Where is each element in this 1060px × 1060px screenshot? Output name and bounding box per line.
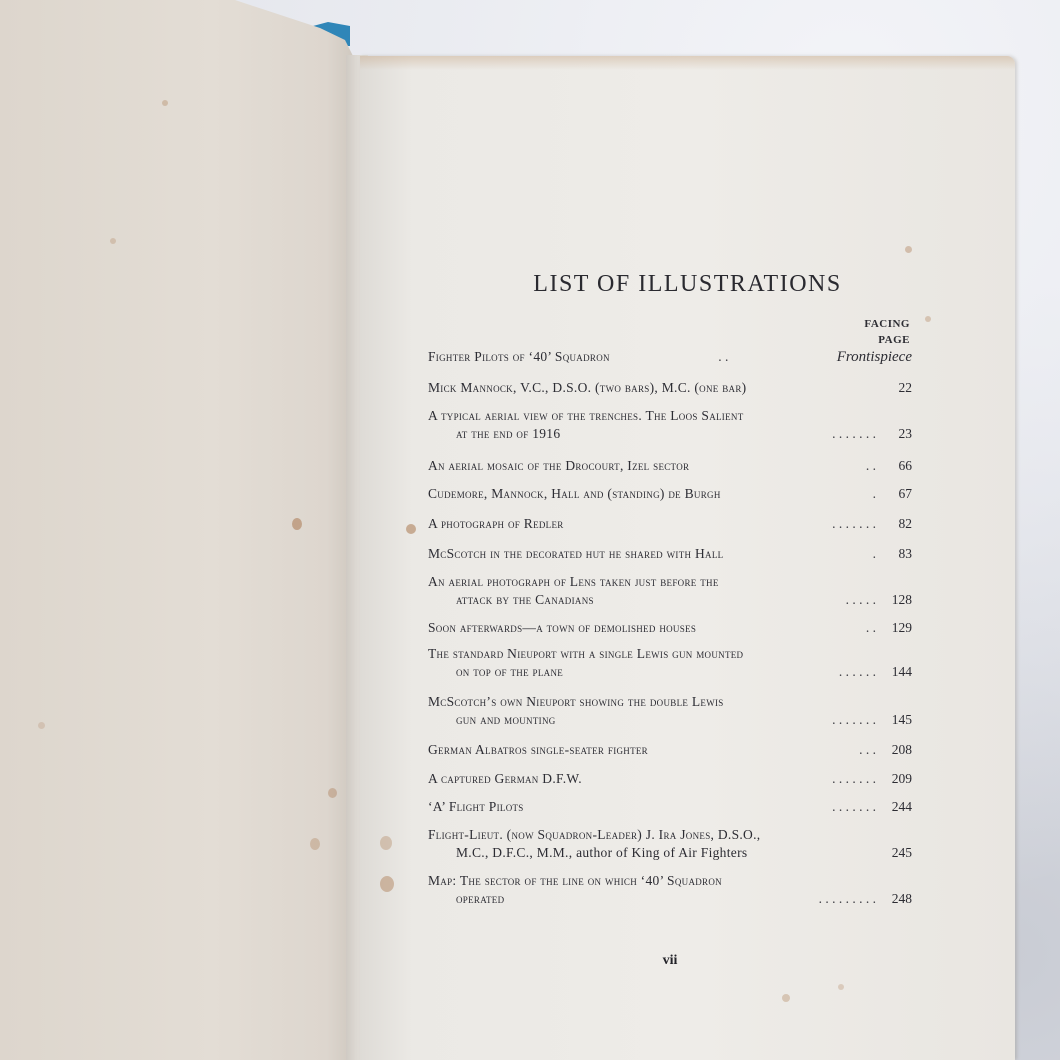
- foxing-spot: [905, 246, 912, 253]
- foxing-spot: [310, 838, 320, 850]
- list-item: Fighter Pilots of ‘40’ Squadron. .Fronti…: [428, 348, 912, 373]
- list-item: A typical aerial view of the trenches. T…: [428, 407, 912, 453]
- facing-page-header: FACING PAGE: [820, 316, 910, 348]
- leader-dots: . . . . . .: [563, 663, 882, 681]
- leader-dots: . . . . . . .: [556, 711, 882, 729]
- list-item: The standard Nieuport with a single Lewi…: [428, 645, 912, 693]
- page-label: PAGE: [820, 332, 910, 348]
- entry-page: 208: [882, 741, 912, 759]
- list-item: Soon afterwards—a town of demolished hou…: [428, 619, 912, 645]
- entry-title: A typical aerial view of the trenches. T…: [428, 407, 744, 425]
- entry-title: ‘A’ Flight Pilots: [428, 798, 524, 816]
- foxing-spot: [380, 836, 392, 850]
- entry-page: 248: [882, 890, 912, 908]
- foxing-spot: [406, 524, 416, 534]
- entry-title: A captured German D.F.W.: [428, 770, 582, 788]
- entry-title-continued: on top of the plane: [456, 663, 563, 681]
- entry-page: 82: [882, 515, 912, 533]
- entry-page: 209: [882, 770, 912, 788]
- leader-dots: . . . . . . .: [524, 798, 882, 816]
- entry-page: 67: [882, 485, 912, 503]
- entry-title-continued: M.C., D.F.C., M.M., author of King of Ai…: [456, 844, 747, 862]
- facing-label: FACING: [820, 316, 910, 332]
- entry-title-continued: attack by the Canadians: [456, 591, 594, 609]
- entry-page: 129: [882, 619, 912, 637]
- entry-title-continued: operated: [456, 890, 504, 908]
- left-page: [0, 0, 355, 1060]
- foxing-spot: [838, 984, 844, 990]
- entry-title: McScotch in the decorated hut he shared …: [428, 545, 723, 563]
- entry-title: Map: The sector of the line on which ‘40…: [428, 872, 722, 890]
- entry-page: Frontispiece: [837, 348, 912, 366]
- entry-title: An aerial mosaic of the Drocourt, Izel s…: [428, 457, 689, 475]
- foxing-spot: [162, 100, 168, 106]
- entry-page: 245: [882, 844, 912, 862]
- leader-dots: . . . . . . .: [564, 515, 882, 533]
- entry-page: 128: [882, 591, 912, 609]
- page-number: vii: [640, 953, 700, 969]
- foxing-spot: [110, 238, 116, 244]
- list-item: McScotch’s own Nieuport showing the doub…: [428, 693, 912, 741]
- foxing-spot: [328, 788, 337, 798]
- list-item: German Albatros single-seater fighter. .…: [428, 741, 912, 770]
- entry-title: McScotch’s own Nieuport showing the doub…: [428, 693, 724, 711]
- entry-page: 145: [882, 711, 912, 729]
- foxing-spot: [925, 316, 931, 322]
- leader-dots: . .: [610, 348, 837, 366]
- entry-title: An aerial photograph of Lens taken just …: [428, 573, 719, 591]
- foxing-spot: [380, 876, 394, 892]
- entry-title: Cudemore, Mannock, Hall and (standing) d…: [428, 485, 721, 503]
- entry-page: 23: [882, 425, 912, 443]
- page-title: LIST OF ILLUSTRATIONS: [360, 271, 1015, 298]
- leader-dots: . . . . . . .: [582, 770, 882, 788]
- list-item: A photograph of Redler. . . . . . .82: [428, 515, 912, 545]
- entry-title: German Albatros single-seater fighter: [428, 741, 648, 759]
- entry-page: 244: [882, 798, 912, 816]
- entry-page: 66: [882, 457, 912, 475]
- entry-title: Soon afterwards—a town of demolished hou…: [428, 619, 696, 637]
- leader-dots: . .: [689, 457, 882, 475]
- leader-dots: .: [721, 485, 882, 503]
- entry-title-continued: at the end of 1916: [456, 425, 560, 443]
- list-item: A captured German D.F.W.. . . . . . .209: [428, 770, 912, 798]
- entry-title: Mick Mannock, V.C., D.S.O. (two bars), M…: [428, 379, 746, 397]
- leader-dots: . . . . . . .: [560, 425, 882, 443]
- entry-title: Flight-Lieut. (now Squadron-Leader) J. I…: [428, 826, 760, 844]
- entry-page: 22: [882, 379, 912, 397]
- leader-dots: . . .: [648, 741, 882, 759]
- entry-title: Fighter Pilots of ‘40’ Squadron: [428, 348, 610, 366]
- illustrations-list: Fighter Pilots of ‘40’ Squadron. .Fronti…: [428, 348, 912, 918]
- entry-title: A photograph of Redler: [428, 515, 564, 533]
- foxing-spot: [292, 518, 302, 530]
- entry-title-continued: gun and mounting: [456, 711, 556, 729]
- foxing-spot: [782, 994, 790, 1002]
- list-item: Map: The sector of the line on which ‘40…: [428, 872, 912, 918]
- entry-page: 144: [882, 663, 912, 681]
- list-item: An aerial mosaic of the Drocourt, Izel s…: [428, 453, 912, 485]
- leader-dots: . . . . .: [594, 591, 882, 609]
- entry-page: 83: [882, 545, 912, 563]
- list-item: An aerial photograph of Lens taken just …: [428, 573, 912, 619]
- list-item: Mick Mannock, V.C., D.S.O. (two bars), M…: [428, 373, 912, 407]
- leader-dots: . .: [696, 619, 882, 637]
- leader-dots: . . . . . . . . .: [504, 890, 882, 908]
- list-item: McScotch in the decorated hut he shared …: [428, 545, 912, 573]
- foxing-spot: [38, 722, 45, 729]
- entry-title: The standard Nieuport with a single Lewi…: [428, 645, 743, 663]
- list-item: Cudemore, Mannock, Hall and (standing) d…: [428, 485, 912, 515]
- list-item: Flight-Lieut. (now Squadron-Leader) J. I…: [428, 826, 912, 872]
- list-item: ‘A’ Flight Pilots. . . . . . .244: [428, 798, 912, 826]
- leader-dots: .: [723, 545, 882, 563]
